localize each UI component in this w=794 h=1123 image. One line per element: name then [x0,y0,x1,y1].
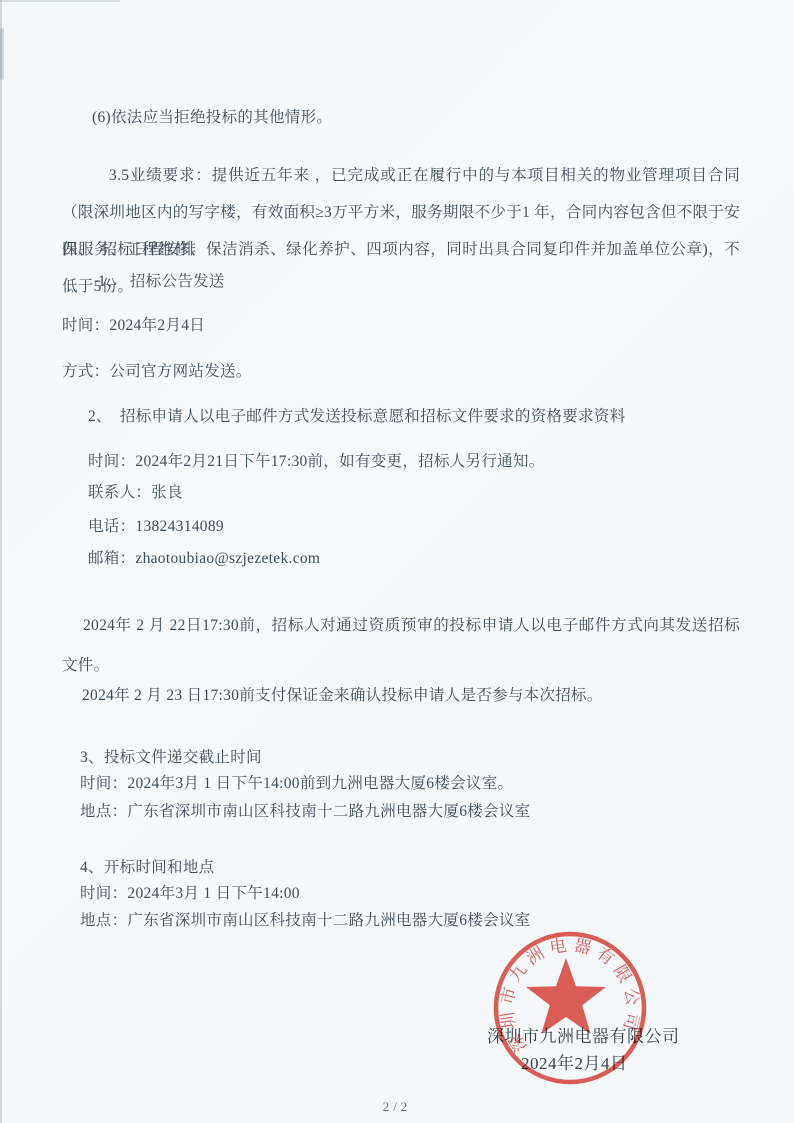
schedule-3-place: 地点：广东省深圳市南山区科技南十二路九洲电器大厦6楼会议室 [80,801,530,822]
schedule-2-title: 2、 招标申请人以电子邮件方式发送投标意愿和招标文件要求的资格要求资料 [88,406,626,427]
schedule-2-time: 时间：2024年2月21日下午17:30前，如有变更，招标人另行通知。 [88,451,545,472]
scan-top-edge [0,0,120,2]
paragraph-feb-23-deposit: 2024年 2 月 23 日17:30前支付保证金来确认投标申请人是否参与本次招… [82,685,603,706]
scan-corner-smudge [0,28,4,80]
schedule-4-time: 时间：2024年3月 1 日下午14:00 [80,883,300,904]
paragraph-feb-22-deadline: 2024年 2 月 22日17:30前，招标人对通过资质预审的投标申请人以电子邮… [62,606,740,686]
signature-company-name: 深圳市九洲电器有限公司 [487,1022,680,1047]
schedule-3-time: 时间：2024年3月 1 日下午14:00前到九洲电器大厦6楼会议室。 [80,773,513,794]
schedule-3-title: 3、投标文件递交截止时间 [80,747,262,768]
schedule-4-place: 地点：广东省深圳市南山区科技南十二路九洲电器大厦6楼会议室 [80,910,530,931]
scan-left-edge [0,0,2,1123]
schedule-2-email: 邮箱：zhaotoubiao@szjezetek.com [88,548,320,569]
clause-6-line: (6)依法应当拒绝投标的其他情形。 [92,107,332,128]
schedule-1-method: 方式：公司官方网站发送。 [62,361,252,382]
schedule-2-phone: 电话：13824314089 [88,516,224,537]
page-number: 2/2 [0,1099,794,1115]
schedule-1-time: 时间：2024年2月4日 [62,315,205,336]
schedule-1-title: 1、 招标公告发送 [98,271,225,292]
scanned-document-page: (6)依法应当拒绝投标的其他情形。 3.5业绩要求：提供近五年来 ，已完成或正在… [0,0,794,1123]
section-4-heading: 四、 招标日程安排 [62,239,196,260]
signature-date: 2024年2月4日 [521,1049,628,1074]
schedule-4-title: 4、开标时间和地点 [80,857,214,878]
schedule-2-contact-person: 联系人：张良 [88,482,183,503]
